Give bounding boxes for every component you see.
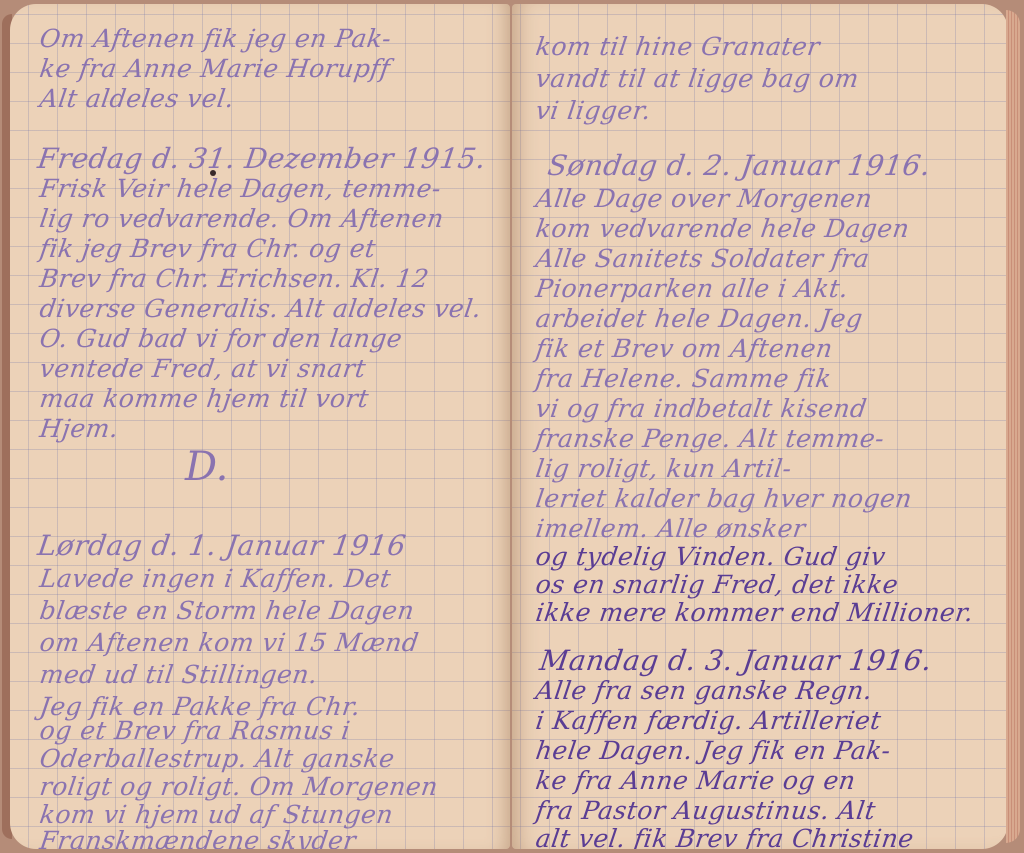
text-line: Hjem. (38, 414, 121, 443)
text-line: kom vedvarende hele Dagen (534, 214, 911, 243)
text-line: Pionerparken alle i Akt. (534, 274, 850, 303)
text-line: Alle Sanitets Soldater fra (534, 244, 872, 273)
text-line: ke fra Anne Marie Horupff (38, 54, 392, 83)
text-line: fra Helene. Samme fik (534, 364, 833, 393)
text-line: Frisk Veir hele Dagen, temme- (38, 174, 443, 203)
entry-heading-1916-01-01: Lørdag d. 1. Januar 1916 (36, 529, 408, 562)
text-line: og et Brev fra Rasmus i (38, 716, 352, 745)
left-page: Om Aftenen fik jeg en Pak- ke fra Anne M… (10, 4, 510, 849)
entry-heading-1915-12-31: Fredag d. 31. Dezember 1915. (36, 142, 488, 175)
text-line: ventede Fred, at vi snart (38, 354, 368, 383)
text-line: vi ligger. (534, 96, 653, 125)
text-line: om Aftenen kom vi 15 Mænd (38, 628, 421, 657)
text-line: leriet kalder bag hver nogen (534, 484, 914, 513)
text-line: alt vel. fik Brev fra Christine (534, 824, 916, 849)
text-line: ikke mere kommer end Millioner. (534, 598, 976, 627)
text-line: Alt aldeles vel. (38, 84, 236, 113)
text-line: O. Gud bad vi for den lange (38, 324, 404, 353)
text-line: i Kaffen færdig. Artilleriet (534, 706, 883, 735)
text-line: Alle fra sen ganske Regn. (534, 676, 874, 705)
text-line: diverse Generalis. Alt aldeles vel. (38, 294, 483, 323)
text-line: lig roligt, kun Artil- (534, 454, 794, 483)
text-line: blæste en Storm hele Dagen (38, 596, 416, 625)
text-line: med ud til Stillingen. (38, 660, 320, 689)
right-page: kom til hine Granater vandt til at ligge… (512, 4, 1008, 849)
text-line: roligt og roligt. Om Morgenen (38, 772, 440, 801)
text-line: vi og fra indbetalt kisend (534, 394, 869, 423)
text-line: maa komme hjem til vort (38, 384, 371, 413)
text-line: hele Dagen. Jeg fik en Pak- (534, 736, 893, 765)
text-line: arbeidet hele Dagen. Jeg (534, 304, 865, 333)
text-line: Oderballestrup. Alt ganske (38, 744, 397, 773)
entry-heading-1916-01-03: Mandag d. 3. Januar 1916. (538, 644, 934, 677)
text-line: og tydelig Vinden. Gud giv (534, 542, 888, 571)
text-line: Alle Dage over Morgenen (534, 184, 874, 213)
text-line: fik jeg Brev fra Chr. og et (38, 234, 378, 263)
notebook: Om Aftenen fik jeg en Pak- ke fra Anne M… (0, 0, 1024, 853)
text-line: lig ro vedvarende. Om Aftenen (38, 204, 446, 233)
text-line: fra Pastor Augustinus. Alt (534, 796, 878, 825)
text-line: vandt til at ligge bag om (534, 64, 861, 93)
left-page-text: Om Aftenen fik jeg en Pak- ke fra Anne M… (10, 4, 510, 849)
notebook-page-edges (1006, 10, 1020, 843)
text-line: ke fra Anne Marie og en (534, 766, 858, 795)
text-line: Lavede ingen i Kaffen. Det (38, 564, 393, 593)
text-line: Om Aftenen fik jeg en Pak- (38, 24, 393, 53)
entry-heading-1916-01-02: Søndag d. 2. Januar 1916. (546, 149, 933, 182)
text-line: franske Penge. Alt temme- (534, 424, 886, 453)
text-line: Franskmændene skyder (38, 826, 358, 849)
text-line: kom til hine Granater (534, 32, 822, 61)
text-line: kom vi hjem ud af Stungen (38, 800, 395, 829)
monogram-flourish: D. (185, 444, 228, 490)
text-line: os en snarlig Fred, det ikke (534, 570, 900, 599)
text-line: fik et Brev om Aftenen (534, 334, 835, 363)
right-page-text: kom til hine Granater vandt til at ligge… (512, 4, 1008, 849)
text-line: Brev fra Chr. Erichsen. Kl. 12 (38, 264, 431, 293)
text-line: imellem. Alle ønsker (534, 514, 808, 543)
